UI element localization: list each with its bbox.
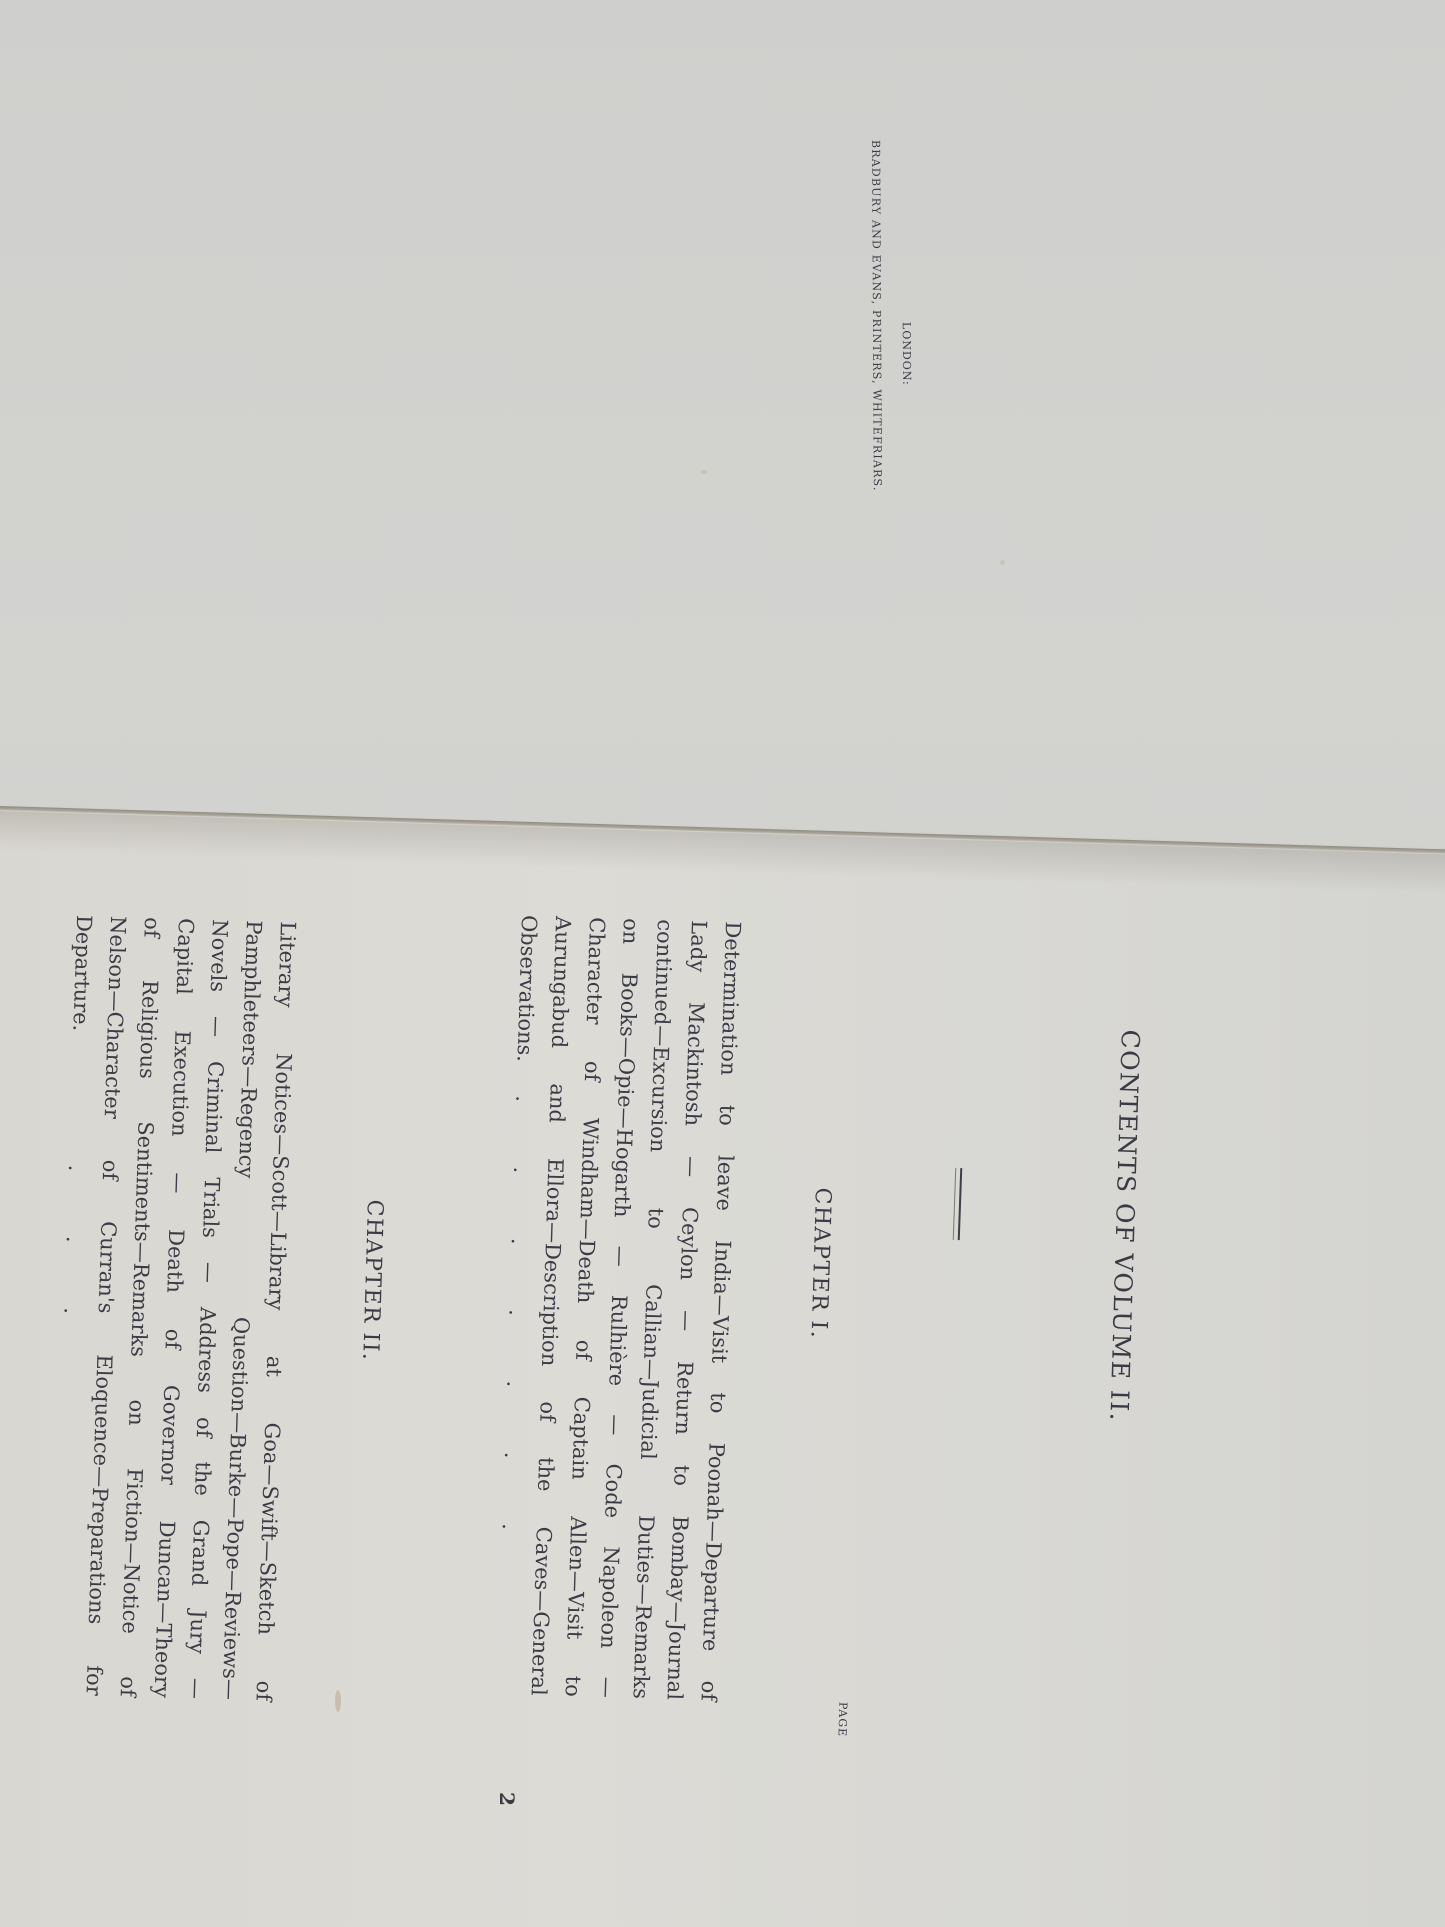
title-rule-divider	[953, 1168, 963, 1240]
dot-leader: . . .	[60, 1164, 89, 1314]
chapter-1-page-number: 2	[495, 1792, 519, 1806]
chapter-1-heading: CHAPTER I.	[806, 1187, 835, 1339]
contents-title: CONTENTS OF VOLUME II.	[1104, 1029, 1145, 1422]
imprint-city: LONDON:	[900, 322, 914, 386]
chapter-2-heading: CHAPTER II.	[357, 1199, 387, 1362]
printer-imprint: BRADBURY AND EVANS, PRINTERS, WHITEFRIAR…	[869, 140, 884, 492]
chapter-1-summary: Determination to leave India—Visit to Po…	[488, 915, 750, 1702]
page-column-label: PAGE	[835, 1702, 849, 1738]
chapter-2-summary: Literary Notices—Scott—Library at Goa—Sw…	[43, 915, 305, 1702]
rotated-page-content: LONDON: BRADBURY AND EVANS, PRINTERS, WH…	[0, 0, 1445, 1927]
